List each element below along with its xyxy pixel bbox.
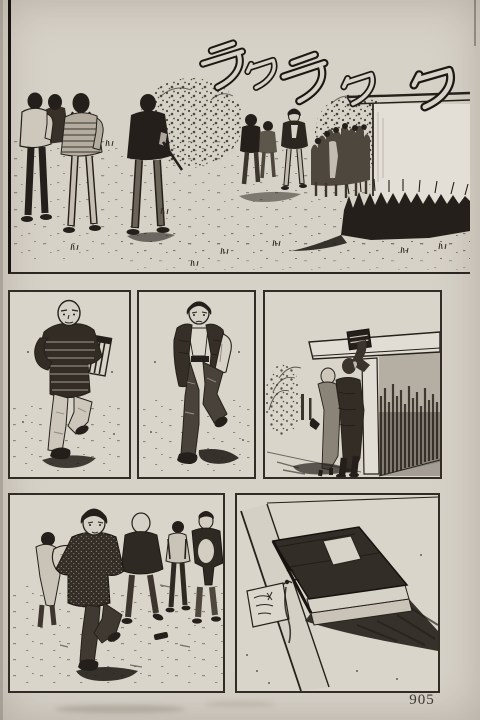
page-number: 905 [396, 692, 448, 709]
panel-d-art [10, 495, 223, 691]
bushes-left [265, 364, 301, 436]
panel-hiding-books [263, 290, 442, 479]
panel-runner-jacket [137, 290, 256, 479]
sfx-glyph-ra-2: ラ [281, 54, 328, 103]
panel-group-running [8, 493, 225, 693]
sfx-glyph-tsu-1: ッ [247, 60, 276, 88]
panel-a-art [10, 292, 129, 477]
scan-smudge [205, 701, 275, 707]
door-jamb [362, 358, 379, 474]
panel-e-art [237, 495, 438, 691]
panel-c-art [265, 292, 440, 477]
panel-top-art: ラッ ラッ ッ ラ ッ ラ ッ [11, 0, 470, 272]
panel-establishing-shot: ラッ ラッ ッ ラ ッ ラ ッ [8, 0, 470, 274]
scan-smudge [55, 705, 185, 713]
rear-figure [310, 368, 340, 476]
sfx-text: ラッ ラッ ッ ラ ッ ラ ッ [201, 43, 451, 108]
tag-knot [285, 580, 289, 584]
post [301, 394, 304, 420]
panel-runner-bald [8, 290, 131, 479]
shoe-front [177, 452, 197, 464]
scan-edge-artifact [474, 0, 476, 46]
manga-page: ラッ ラッ ッ ラ ッ ラ ッ [0, 0, 480, 720]
head [58, 301, 80, 326]
post [309, 398, 312, 420]
belt [191, 356, 209, 362]
scan-edge-artifact [0, 0, 3, 720]
panel-books-closeup [235, 493, 440, 693]
panel-b-art [139, 292, 254, 477]
